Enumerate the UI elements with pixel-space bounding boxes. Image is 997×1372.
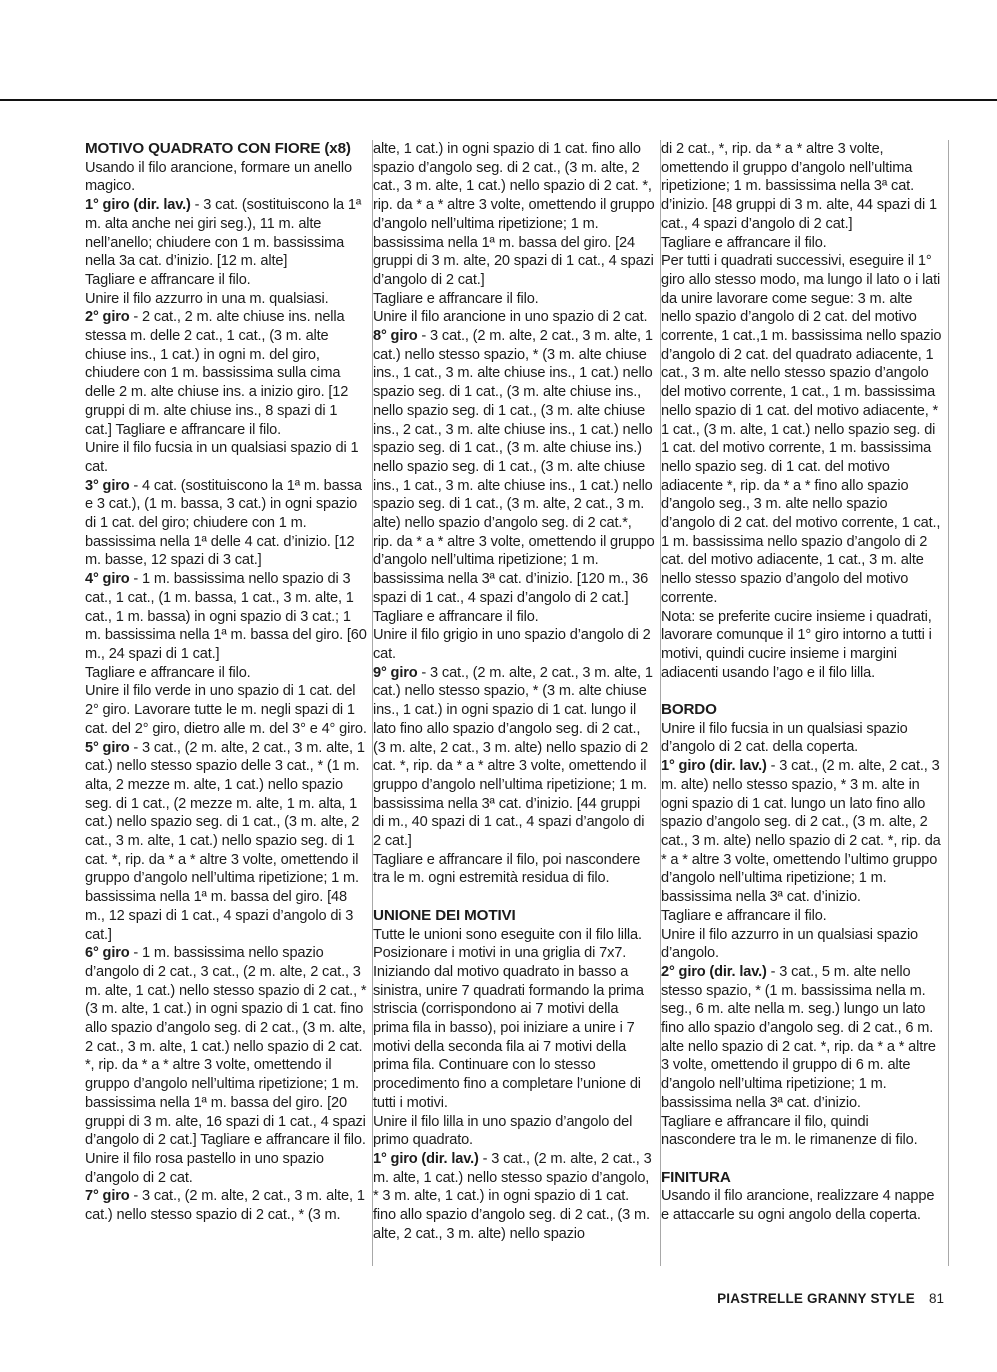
paragraph: Tagliare e affrancare il filo. [661, 907, 943, 926]
magazine-page: MOTIVO QUADRATO CON FIORE (x8)Usando il … [0, 0, 997, 1372]
column-3: di 2 cat., *, rip. da * a * altre 3 volt… [661, 140, 943, 1270]
paragraph: Usando il filo arancione, formare un ane… [85, 159, 367, 196]
paragraph: 1° giro (dir. lav.) - 3 cat., (2 m. alte… [373, 1150, 655, 1244]
paragraph: 3° giro - 4 cat. (sostituiscono la 1ª m.… [85, 477, 367, 571]
section-heading: UNIONE DEI MOTIVI [373, 907, 655, 926]
paragraph: 7° giro - 3 cat., (2 m. alte, 2 cat., 3 … [85, 1187, 367, 1224]
paragraph: di 2 cat., *, rip. da * a * altre 3 volt… [661, 140, 943, 234]
top-rule [0, 99, 997, 101]
paragraph: alte, 1 cat.) in ogni spazio di 1 cat. f… [373, 140, 655, 290]
paragraph: Nota: se preferite cucire insieme i quad… [661, 608, 943, 683]
paragraph: 1° giro (dir. lav.) - 3 cat., (2 m. alte… [661, 757, 943, 907]
paragraph: Tagliare e affrancare il filo, quindi na… [661, 1113, 943, 1150]
paragraph: 6° giro - 1 m. bassissima nello spazio d… [85, 944, 367, 1150]
round-label: 3° giro [85, 478, 130, 494]
round-label: 1° giro (dir. lav.) [661, 758, 767, 774]
round-label: 1° giro (dir. lav.) [85, 197, 191, 213]
paragraph: Unire il filo grigio in uno spazio d’ang… [373, 626, 655, 663]
paragraph: Unire il filo azzurro in un qualsiasi sp… [661, 926, 943, 963]
column-1: MOTIVO QUADRATO CON FIORE (x8)Usando il … [85, 140, 367, 1270]
paragraph: Tagliare e affrancare il filo. [373, 290, 655, 309]
paragraph: 8° giro - 3 cat., (2 m. alte, 2 cat., 3 … [373, 327, 655, 608]
section-heading: BORDO [661, 701, 943, 720]
paragraph: Unire il filo verde in uno spazio di 1 c… [85, 682, 367, 738]
round-label: 5° giro [85, 740, 130, 756]
paragraph: Tutte le unioni sono eseguite con il fil… [373, 926, 655, 1113]
paragraph: Tagliare e affrancare il filo. [661, 234, 943, 253]
footer-section-title: PIASTRELLE GRANNY STYLE [717, 1291, 915, 1306]
paragraph: 9° giro - 3 cat., (2 m. alte, 2 cat., 3 … [373, 664, 655, 851]
page-number: 81 [929, 1291, 944, 1306]
column-2: alte, 1 cat.) in ogni spazio di 1 cat. f… [373, 140, 655, 1270]
round-label: 9° giro [373, 665, 418, 681]
paragraph: 5° giro - 3 cat., (2 m. alte, 2 cat., 3 … [85, 739, 367, 945]
round-label: 2° giro [85, 309, 130, 325]
paragraph: Per tutti i quadrati successivi, eseguir… [661, 252, 943, 607]
column-divider [948, 140, 949, 1266]
section-heading: MOTIVO QUADRATO CON FIORE (x8) [85, 140, 367, 159]
round-label: 7° giro [85, 1188, 130, 1204]
paragraph: Unire il filo rosa pastello in uno spazi… [85, 1150, 367, 1187]
paragraph: Tagliare e affrancare il filo, poi nasco… [373, 851, 655, 888]
paragraph: Unire il filo lilla in uno spazio d’ango… [373, 1113, 655, 1150]
paragraph: Unire il filo fucsia in un qualsiasi spa… [661, 720, 943, 757]
section-heading: FINITURA [661, 1169, 943, 1188]
paragraph: Unire il filo arancione in uno spazio di… [373, 308, 655, 327]
paragraph: 4° giro - 1 m. bassissima nello spazio d… [85, 570, 367, 664]
round-label: 6° giro [85, 945, 130, 961]
paragraph: Usando il filo arancione, realizzare 4 n… [661, 1187, 943, 1224]
paragraph: Tagliare e affrancare il filo. [85, 664, 367, 683]
paragraph: 2° giro (dir. lav.) - 3 cat., 5 m. alte … [661, 963, 943, 1113]
round-label: 2° giro (dir. lav.) [661, 964, 767, 980]
page-footer: PIASTRELLE GRANNY STYLE 81 [85, 1291, 944, 1306]
paragraph: Tagliare e affrancare il filo. [85, 271, 367, 290]
paragraph: 2° giro - 2 cat., 2 m. alte chiuse ins. … [85, 308, 367, 439]
paragraph: Unire il filo azzurro in una m. qualsias… [85, 290, 367, 309]
round-label: 1° giro (dir. lav.) [373, 1151, 479, 1167]
pattern-text-columns: MOTIVO QUADRATO CON FIORE (x8)Usando il … [85, 140, 951, 1270]
paragraph: Unire il filo fucsia in un qualsiasi spa… [85, 439, 367, 476]
paragraph: 1° giro (dir. lav.) - 3 cat. (sostituisc… [85, 196, 367, 271]
paragraph: Tagliare e affrancare il filo. [373, 608, 655, 627]
round-label: 4° giro [85, 571, 130, 587]
round-label: 8° giro [373, 328, 418, 344]
